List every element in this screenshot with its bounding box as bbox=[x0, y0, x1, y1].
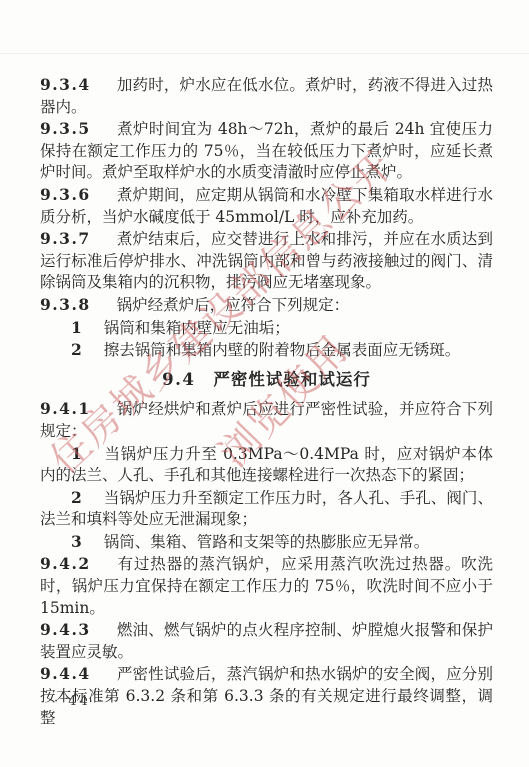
list-item-number: 2 bbox=[71, 340, 104, 359]
clause-number: 9.3.5 bbox=[40, 119, 117, 138]
clause-number: 9.4.4 bbox=[40, 664, 117, 683]
list-item-text: 当锅炉压力升至额定工作压力时，各人孔、手孔、阀门、法兰和填料等处应无泄漏现象； bbox=[40, 489, 493, 529]
clause-number: 9.4.2 bbox=[40, 554, 117, 573]
list-item-number: 1 bbox=[71, 318, 104, 337]
clause-number: 9.3.8 bbox=[40, 295, 117, 314]
section-heading: 9.4严密性试验和试运行 bbox=[40, 369, 493, 391]
list-item-number: 3 bbox=[71, 532, 104, 551]
list-item-2: 2当锅炉压力升至额定工作压力时，各人孔、手孔、阀门、法兰和填料等处应无泄漏现象； bbox=[40, 487, 493, 531]
list-item-number: 2 bbox=[71, 488, 104, 507]
list-item-3: 3锅筒、集箱、管路和支架等的热膨胀应无异常。 bbox=[40, 531, 493, 554]
scan-artifact-line bbox=[0, 53, 529, 54]
list-item-text: 当锅炉压力升至 0.3MPa～0.4MPa 时，应对锅炉本体内的法兰、人孔、手孔… bbox=[40, 445, 493, 485]
clause-9.3.4: 9.3.4加药时，炉水应在低水位。煮炉时，药液不得进入过热器内。 bbox=[40, 74, 493, 118]
clause-9.4.4: 9.4.4严密性试验后，蒸汽锅炉和热水锅炉的安全阀，应分别按本标准第 6.3.2… bbox=[40, 663, 493, 729]
section-heading-number: 9.4 bbox=[162, 370, 213, 389]
list-item-text: 擦去锅筒和集箱内壁的附着物后金属表面应无锈斑。 bbox=[104, 341, 461, 359]
section-heading-title: 严密性试验和试运行 bbox=[213, 370, 371, 389]
list-item-number: 1 bbox=[71, 444, 104, 463]
clause-9.3.8: 9.3.8锅炉经煮炉后，应符合下列规定： bbox=[40, 294, 493, 317]
clause-text: 锅炉经煮炉后，应符合下列规定： bbox=[117, 296, 350, 314]
list-item-1: 1锅筒和集箱内壁应无油垢； bbox=[40, 317, 493, 340]
clause-9.4.2: 9.4.2有过热器的蒸汽锅炉，应采用蒸汽吹洗过热器。吹洗时，锅炉压力宜保持在额定… bbox=[40, 553, 493, 619]
clause-number: 9.3.7 bbox=[40, 229, 117, 248]
list-item-text: 锅筒和集箱内壁应无油垢； bbox=[104, 319, 290, 337]
clause-number: 9.4.1 bbox=[40, 399, 117, 418]
clause-number: 9.4.3 bbox=[40, 620, 117, 639]
clause-9.3.6: 9.3.6煮炉期间，应定期从锅筒和水冷壁下集箱取水样进行水质分析，当炉水碱度低于… bbox=[40, 184, 493, 228]
clause-9.4.1: 9.4.1锅炉经烘炉和煮炉后应进行严密性试验，并应符合下列规定： bbox=[40, 398, 493, 442]
list-item-text: 锅筒、集箱、管路和支架等的热膨胀应无异常。 bbox=[104, 533, 430, 551]
list-item-1: 1当锅炉压力升至 0.3MPa～0.4MPa 时，应对锅炉本体内的法兰、人孔、手… bbox=[40, 443, 493, 487]
list-item-2: 2擦去锅筒和集箱内壁的附着物后金属表面应无锈斑。 bbox=[40, 339, 493, 362]
page-number: · 44 · bbox=[54, 694, 105, 709]
clause-9.3.5: 9.3.5煮炉时间宜为 48h～72h，煮炉的最后 24h 宜使压力保持在额定工… bbox=[40, 118, 493, 184]
clause-number: 9.3.4 bbox=[40, 75, 117, 94]
page-body: 9.3.4加药时，炉水应在低水位。煮炉时，药液不得进入过热器内。 9.3.5煮炉… bbox=[40, 74, 493, 729]
clause-9.4.3: 9.4.3燃油、燃气锅炉的点火程序控制、炉膛熄火报警和保护装置应灵敏。 bbox=[40, 619, 493, 663]
clause-number: 9.3.6 bbox=[40, 185, 117, 204]
clause-9.3.7: 9.3.7煮炉结束后，应交替进行上水和排污，并应在水质达到运行标准后停炉排水、冲… bbox=[40, 228, 493, 294]
document-page: 住房城乡建设部信息公开 浏览使用 9.3.4加药时，炉水应在低水位。煮炉时，药液… bbox=[0, 0, 529, 767]
